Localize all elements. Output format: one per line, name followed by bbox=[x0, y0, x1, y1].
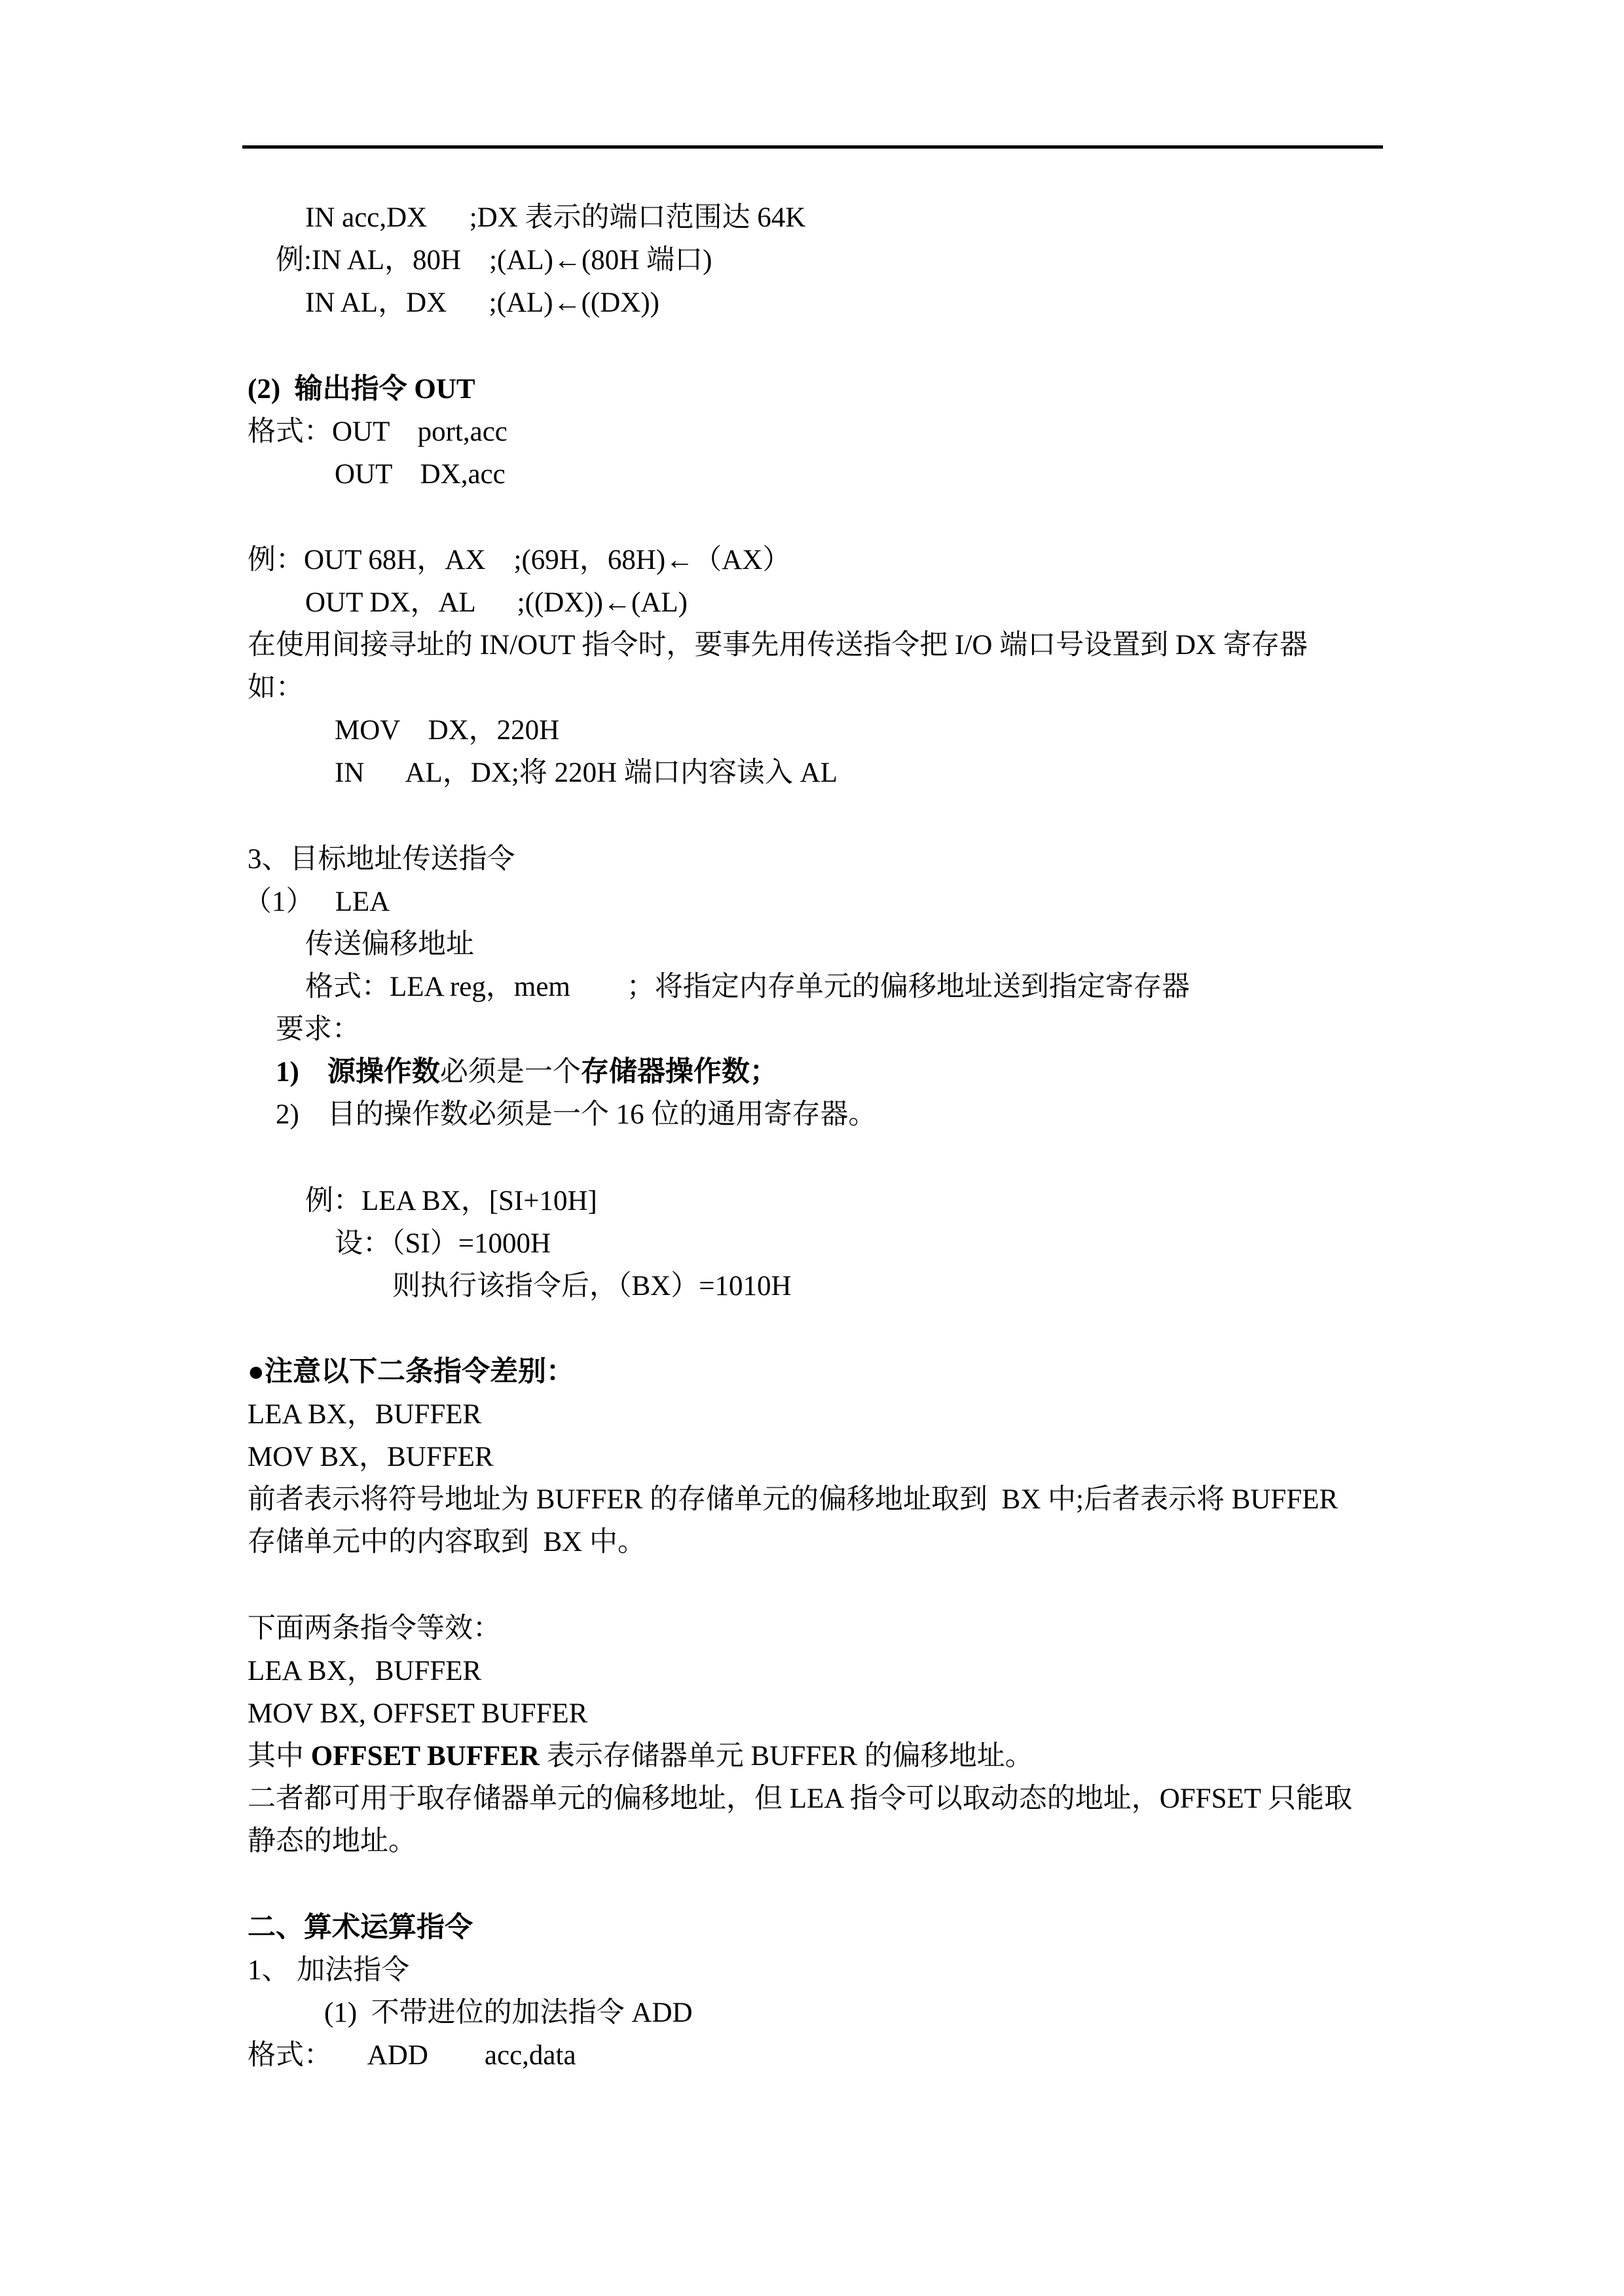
text-line-equiv-lea: LEA BX，BUFFER bbox=[248, 1654, 481, 1688]
text-line-out-format-2: OUT DX,acc bbox=[335, 458, 506, 492]
text-line-indirect-note-cont: 如： bbox=[248, 671, 304, 705]
text-run: 如： bbox=[248, 672, 304, 703]
text-run: 下面两条指令等效： bbox=[248, 1613, 501, 1644]
text-line-equiv-mov-offset: MOV BX, OFFSET BUFFER bbox=[248, 1697, 587, 1731]
text-run: 传送偏移地址 bbox=[305, 929, 474, 960]
text-line-out-example-2: OUT DX，AL ;((DX))←(AL) bbox=[305, 586, 688, 620]
text-run: 设：（SI）=1000H bbox=[335, 1228, 551, 1259]
document-page: IN acc,DX ;DX 表示的端口范围达 64K例:IN AL，80H ;(… bbox=[0, 0, 1624, 2296]
text-run: MOV BX, OFFSET BUFFER bbox=[248, 1698, 587, 1729]
text-run: 1、 加法指令 bbox=[248, 1955, 409, 1986]
text-line-requirements-label: 要求： bbox=[276, 1013, 360, 1047]
text-line-out-example-1: 例：OUT 68H，AX ;(69H，68H)←（AX） bbox=[248, 543, 790, 577]
text-line-section-3-heading: 3、目标地址传送指令 bbox=[248, 843, 515, 877]
text-line-lea-desc: 传送偏移地址 bbox=[305, 928, 474, 962]
text-run: 表示存储器单元 BUFFER 的偏移地址。 bbox=[540, 1741, 1033, 1772]
text-line-mov-dx-220h: MOV DX，220H bbox=[335, 714, 559, 748]
text-run: 格式： ADD acc,data bbox=[248, 2040, 576, 2071]
text-line-lea-example-result: 则执行该指令后，（BX）=1010H bbox=[392, 1269, 792, 1303]
text-line-lea-example-assume: 设：（SI）=1000H bbox=[335, 1227, 551, 1261]
text-run: IN acc,DX ;DX 表示的端口范围达 64K bbox=[305, 202, 805, 233]
text-line-example-in-al-80h: 例:IN AL，80H ;(AL)←(80H 端口) bbox=[276, 244, 712, 278]
text-run: 例：OUT 68H，AX ;(69H，68H)←（AX） bbox=[248, 545, 790, 575]
text-line-add-no-carry: (1) 不带进位的加法指令 ADD bbox=[324, 1996, 693, 2030]
text-line-lea-heading: （1） LEA bbox=[244, 885, 390, 919]
text-line-lea-format: 格式：LEA reg，mem ；将指定内存单元的偏移地址送到指定寄存器 bbox=[305, 970, 1190, 1004]
text-run: 二者都可用于取存储器单元的偏移地址，但 LEA 指令可以取动态的地址，OFFSE… bbox=[248, 1783, 1352, 1814]
bold-text: OFFSET BUFFER bbox=[311, 1741, 540, 1772]
text-run: MOV DX，220H bbox=[335, 715, 559, 746]
text-line-indirect-note: 在使用间接寻址的 IN/OUT 指令时，要事先用传送指令把 I/O 端口号设置到… bbox=[248, 629, 1308, 663]
text-run: MOV BX，BUFFER bbox=[248, 1442, 494, 1472]
bold-text: 二、算术运算指令 bbox=[248, 1912, 473, 1943]
text-run: 例：LEA BX，[SI+10H] bbox=[305, 1186, 597, 1216]
bold-text: (2) 输出指令 OUT bbox=[248, 374, 475, 405]
text-run: 例:IN AL，80H ;(AL)←(80H 端口) bbox=[276, 245, 712, 276]
text-run: OUT DX，AL ;((DX))←(AL) bbox=[305, 587, 688, 618]
text-run: 则执行该指令后，（BX）=1010H bbox=[392, 1271, 792, 1302]
text-run: (1) 不带进位的加法指令 ADD bbox=[324, 1997, 693, 2028]
text-run: 必须是一个 bbox=[440, 1057, 581, 1087]
text-run: 要求： bbox=[276, 1014, 360, 1045]
text-run: 格式：LEA reg，mem ；将指定内存单元的偏移地址送到指定寄存器 bbox=[305, 972, 1190, 1002]
text-line-heading-out: (2) 输出指令 OUT bbox=[248, 373, 475, 407]
text-run: 格式：OUT port,acc bbox=[248, 416, 507, 447]
text-run: IN AL，DX ;(AL)←((DX)) bbox=[305, 287, 659, 318]
text-run: IN AL，DX;将 220H 端口内容读入 AL bbox=[335, 757, 838, 788]
text-run: 静态的地址。 bbox=[248, 1826, 416, 1857]
text-run: 在使用间接寻址的 IN/OUT 指令时，要事先用传送指令把 I/O 端口号设置到… bbox=[248, 630, 1308, 661]
text-run: 2) 目的操作数必须是一个 16 位的通用寄存器。 bbox=[276, 1099, 876, 1130]
text-run: 存储单元中的内容取到 BX 中。 bbox=[248, 1527, 646, 1558]
text-run: OUT DX,acc bbox=[335, 459, 506, 490]
text-line-both-explain-2: 静态的地址。 bbox=[248, 1825, 416, 1859]
bold-text: ●注意以下二条指令差别： bbox=[248, 1357, 574, 1387]
text-line-in-al-dx-220h: IN AL，DX;将 220H 端口内容读入 AL bbox=[335, 756, 838, 790]
bold-text: 存储器操作数； bbox=[581, 1057, 778, 1087]
text-line-lea-example: 例：LEA BX，[SI+10H] bbox=[305, 1184, 597, 1218]
text-line-in-al-dx: IN AL，DX ;(AL)←((DX)) bbox=[305, 286, 659, 320]
header-rule bbox=[242, 145, 1383, 149]
text-line-requirement-2: 2) 目的操作数必须是一个 16 位的通用寄存器。 bbox=[276, 1098, 876, 1132]
text-run: 前者表示将符号地址为 BUFFER 的存储单元的偏移地址取到 BX 中;后者表示… bbox=[248, 1484, 1338, 1515]
text-line-note-lea: LEA BX，BUFFER bbox=[248, 1398, 481, 1432]
bold-text: 1) bbox=[276, 1057, 327, 1087]
text-line-add-heading: 1、 加法指令 bbox=[248, 1954, 409, 1988]
text-line-add-format: 格式： ADD acc,data bbox=[248, 2039, 576, 2073]
text-line-equiv-heading: 下面两条指令等效： bbox=[248, 1612, 501, 1646]
text-line-in-acc-dx: IN acc,DX ;DX 表示的端口范围达 64K bbox=[305, 201, 805, 235]
text-line-out-format-1: 格式：OUT port,acc bbox=[248, 415, 507, 449]
text-run: 其中 bbox=[248, 1741, 311, 1772]
text-line-section-arith-heading: 二、算术运算指令 bbox=[248, 1911, 473, 1945]
text-line-note-heading: ●注意以下二条指令差别： bbox=[248, 1355, 574, 1389]
text-line-requirement-1: 1) 源操作数必须是一个存储器操作数； bbox=[276, 1055, 778, 1089]
text-line-offset-explain: 其中 OFFSET BUFFER 表示存储器单元 BUFFER 的偏移地址。 bbox=[248, 1740, 1033, 1774]
text-line-both-explain-1: 二者都可用于取存储器单元的偏移地址，但 LEA 指令可以取动态的地址，OFFSE… bbox=[248, 1782, 1352, 1816]
text-line-note-mov: MOV BX，BUFFER bbox=[248, 1440, 494, 1474]
text-run: 3、目标地址传送指令 bbox=[248, 844, 515, 875]
text-line-note-explain-2: 存储单元中的内容取到 BX 中。 bbox=[248, 1525, 646, 1559]
text-run: LEA BX，BUFFER bbox=[248, 1656, 481, 1686]
text-run: （1） LEA bbox=[244, 886, 390, 917]
text-line-note-explain-1: 前者表示将符号地址为 BUFFER 的存储单元的偏移地址取到 BX 中;后者表示… bbox=[248, 1483, 1338, 1517]
bold-text: 源操作数 bbox=[327, 1057, 440, 1087]
text-run: LEA BX，BUFFER bbox=[248, 1399, 481, 1430]
